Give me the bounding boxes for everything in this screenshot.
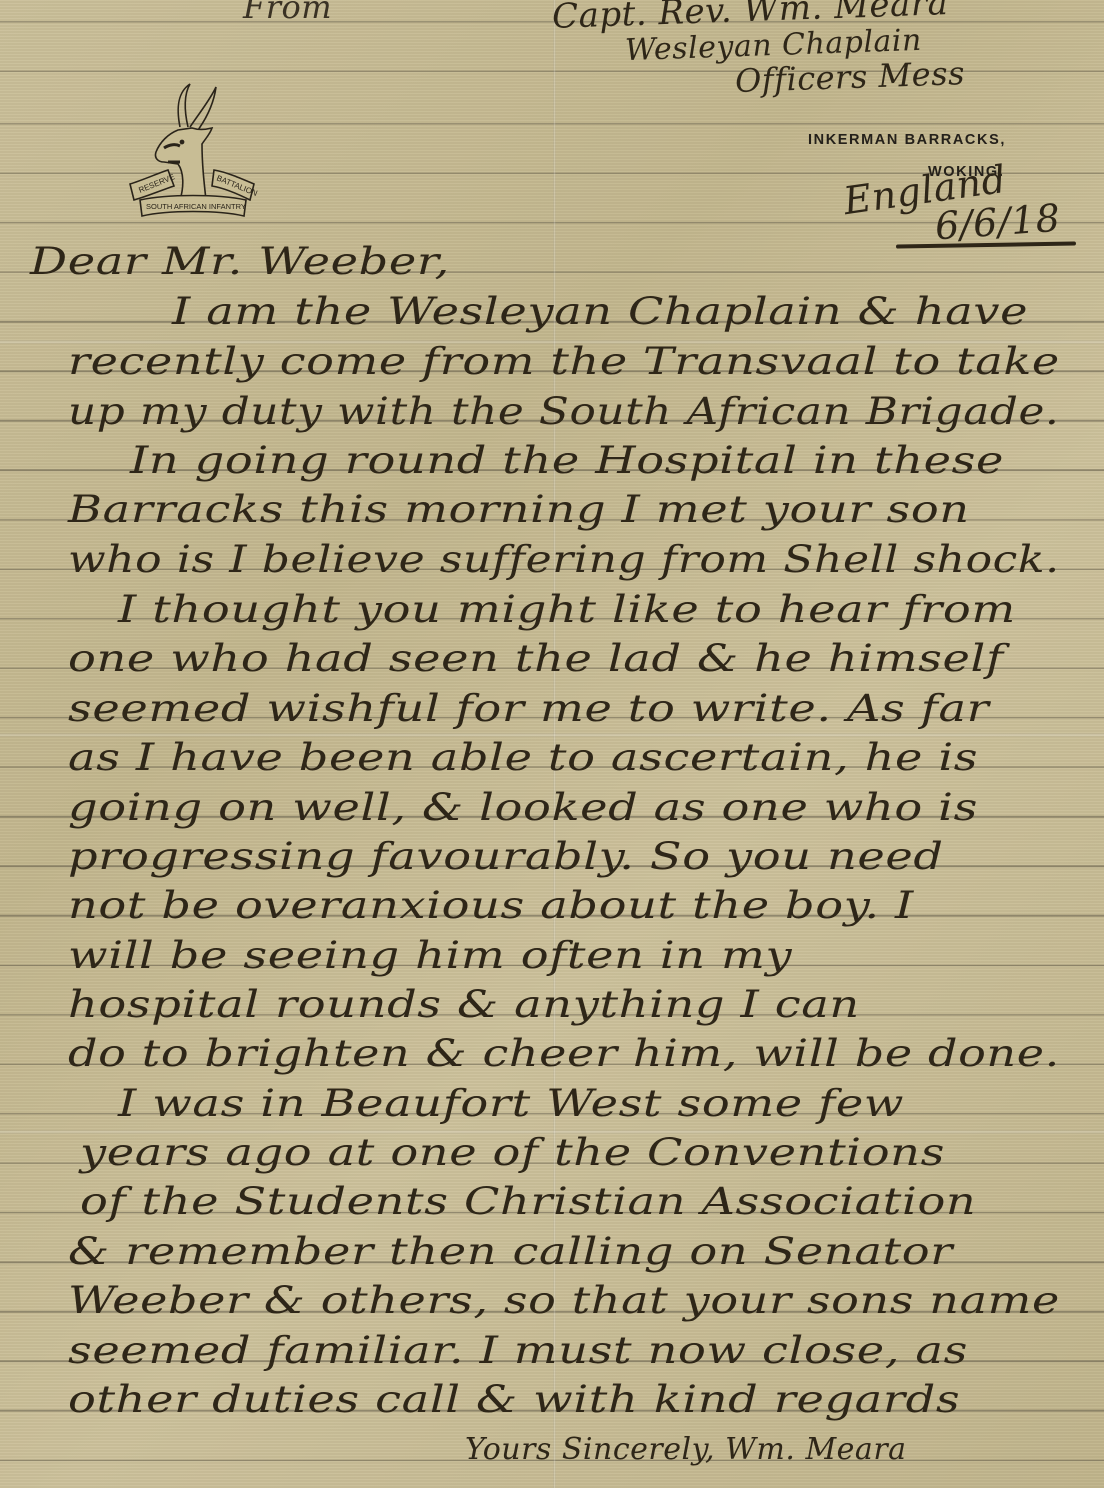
letter-line: seemed familiar. I must now close, as (68, 1331, 968, 1371)
sender-location: Officers Mess (734, 54, 965, 100)
letter-line: I was in Beaufort West some few (118, 1084, 904, 1124)
letter-line: Barracks this morning I met your son (68, 490, 970, 530)
letter-line: as I have been able to ascertain, he is (68, 738, 978, 778)
letter-date: 6/6/18 (934, 196, 1062, 249)
salutation: Dear Mr. Weeber, (30, 242, 450, 282)
letter-line: of the Students Christian Association (80, 1182, 976, 1222)
letterhead-address-line-1: INKERMAN BARRACKS, (808, 132, 1006, 148)
letter-line: going on well, & looked as one who is (68, 788, 978, 828)
letter-line: up my duty with the South African Brigad… (68, 392, 1059, 432)
svg-text:SOUTH AFRICAN INFANTRY: SOUTH AFRICAN INFANTRY (146, 202, 246, 211)
from-label: From (243, 0, 332, 26)
signature: Yours Sincerely, Wm. Meara (465, 1432, 907, 1467)
letter-line: who is I believe suffering from Shell sh… (68, 540, 1060, 580)
letter-line: other duties call & with kind regards (68, 1380, 960, 1420)
letter-line: hospital rounds & anything I can (68, 985, 860, 1025)
letter-line: do to brighten & cheer him, will be done… (68, 1034, 1060, 1074)
date-underline (896, 241, 1076, 248)
letter-paper: From Capt. Rev. Wm. Meara Wesleyan Chapl… (0, 0, 1104, 1488)
letter-line: & remember then calling on Senator (68, 1232, 953, 1272)
letter-line: I am the Wesleyan Chaplain & have (172, 292, 1028, 332)
letter-line: will be seeing him often in my (68, 936, 792, 976)
letter-line: Weeber & others, so that your sons name (68, 1281, 1060, 1321)
letter-line: not be overanxious about the boy. I (68, 886, 914, 926)
letter-line: seemed wishful for me to write. As far (68, 689, 989, 729)
letter-line: one who had seen the lad & he himself (68, 639, 1004, 679)
letter-line: progressing favourably. So you need (68, 837, 944, 877)
letter-line: I thought you might like to hear from (118, 590, 1016, 630)
letter-line: recently come from the Transvaal to take (68, 342, 1060, 382)
letter-line: years ago at one of the Conventions (80, 1133, 945, 1173)
springbok-head-crest-icon: RESERVE BATTALION SOUTH AFRICAN INFANTRY (118, 72, 268, 222)
letter-line: In going round the Hospital in these (130, 441, 1004, 481)
